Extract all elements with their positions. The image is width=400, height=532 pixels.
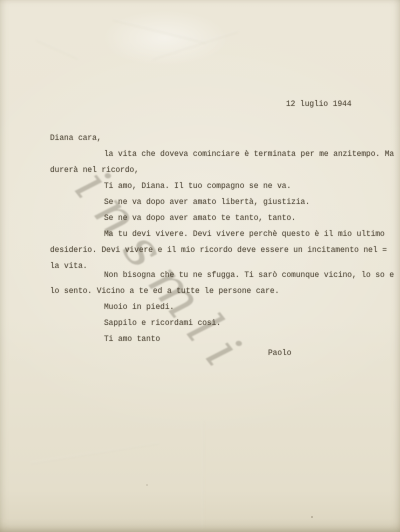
letter-signature: Paolo: [268, 346, 291, 362]
letter-line: la vita che doveva cominciare è terminat…: [50, 147, 400, 163]
letter-line: Ti amo, Diana. Il tuo compagno se ne va.: [50, 179, 400, 195]
letter-line: Ti amo tanto: [50, 332, 400, 348]
paper-crease: [37, 39, 79, 59]
letter-line: Non bisogna che tu ne sfugga. Ti sarò co…: [50, 268, 400, 284]
letter-line: Se ne va dopo aver amato libertà, giusti…: [50, 195, 400, 211]
paper-crease: [113, 19, 206, 44]
letter-page: insmli 12 luglio 1944 Diana cara, la vit…: [0, 0, 400, 532]
letter-date: 12 luglio 1944: [286, 97, 352, 113]
paper-speck: [146, 484, 148, 486]
letter-line: durerà nel ricordo,: [50, 163, 400, 179]
paper-crease: [31, 442, 160, 464]
letter-salutation: Diana cara,: [50, 131, 400, 147]
letter-line: desiderio. Devi vivere e il mio ricordo …: [50, 243, 400, 259]
letter-line: Se ne va dopo aver amato te tanto, tanto…: [50, 211, 400, 227]
paper-crease: [202, 420, 204, 530]
letter-line: Sappilo e ricordami così.: [50, 316, 400, 332]
paper-speck: [311, 516, 313, 518]
letter-line: Muoio in piedi.: [50, 300, 400, 316]
letter-line: Ma tu devi vivere. Devi vivere perchè qu…: [50, 227, 400, 243]
letter-body: Diana cara, la vita che doveva cominciar…: [50, 131, 400, 348]
letter-line: lo sento. Vicino a te ed a tutte le pers…: [50, 284, 400, 300]
paper-crease: [152, 30, 238, 60]
